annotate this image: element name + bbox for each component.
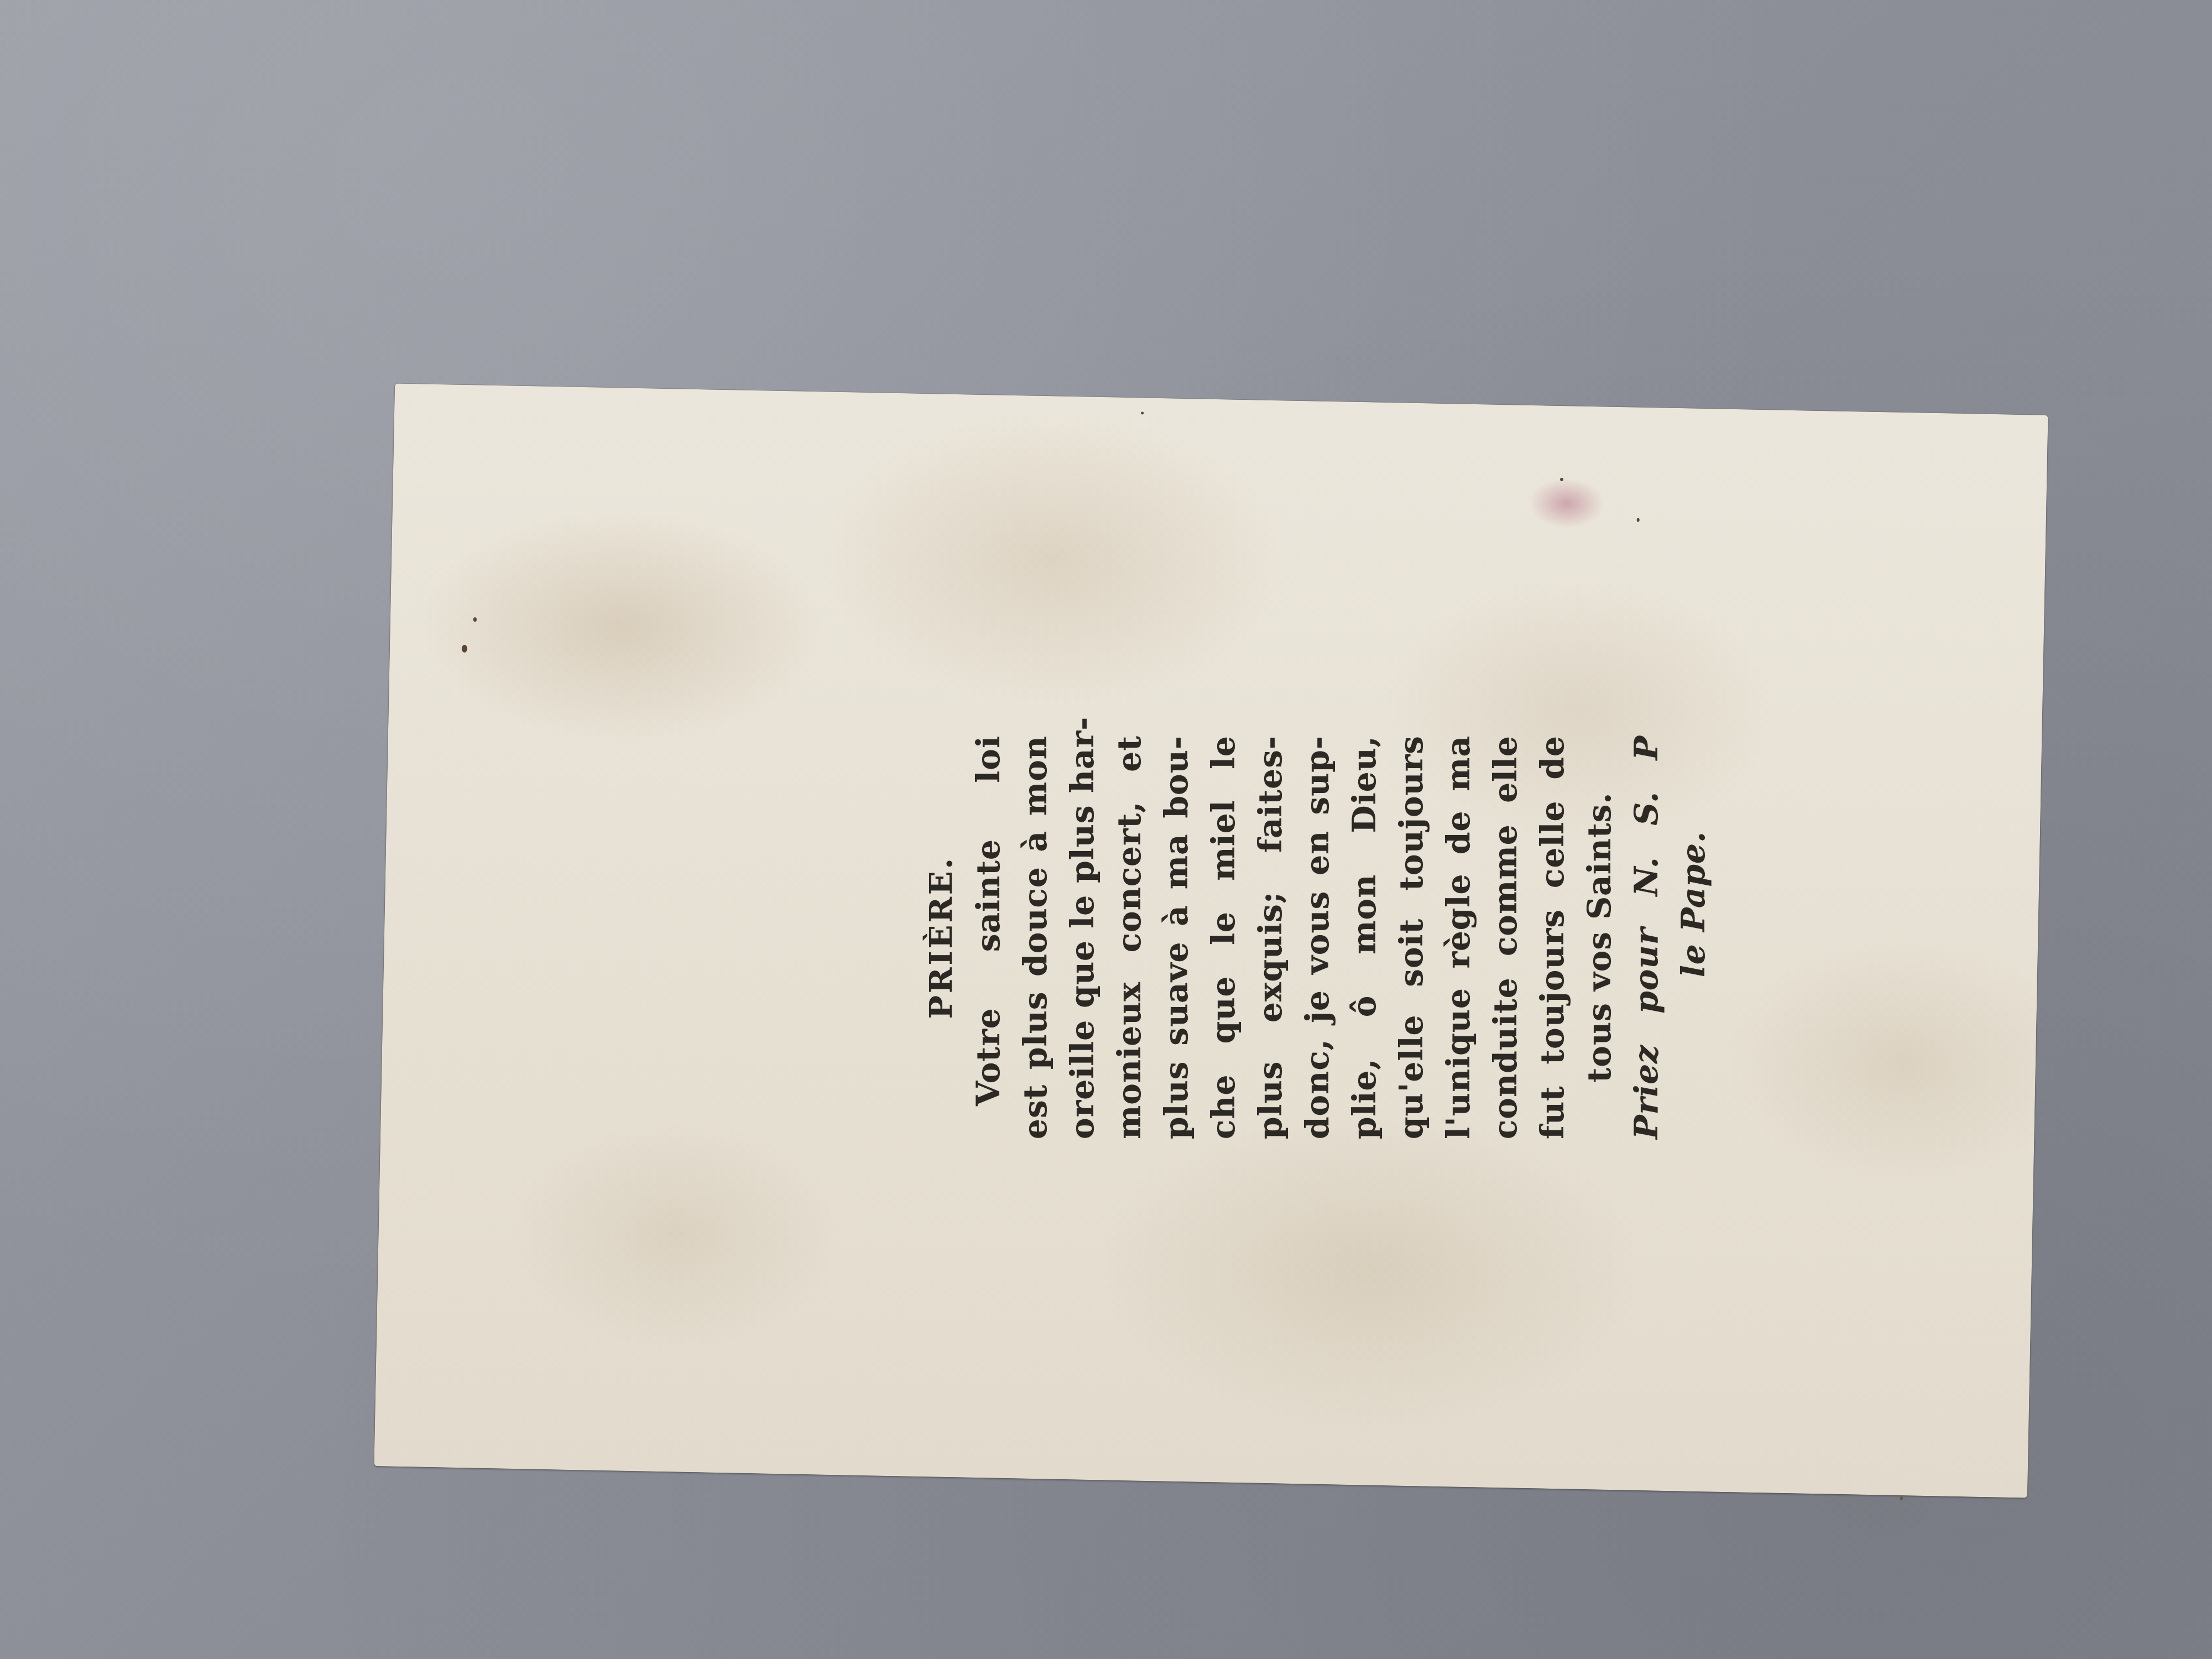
foxing-spot <box>1560 478 1563 481</box>
signature-line: le Pape. <box>1670 735 1717 1139</box>
prayer-line: conduite comme elle <box>1482 735 1529 1139</box>
prayer-line: donc, je vous en sup- <box>1294 735 1341 1139</box>
prayer-line: fut toujours celle de <box>1529 735 1576 1139</box>
foxing-spot <box>473 617 477 622</box>
prayer-line: oreille que le plus har- <box>1059 735 1106 1139</box>
prayer-line: plus exquis; faites- <box>1247 735 1294 1139</box>
foxing-spot <box>1900 1496 1903 1500</box>
prayer-line: est plus douce à mon <box>1012 735 1059 1139</box>
prayer-line: l'unique règle de ma <box>1435 735 1482 1139</box>
prayer-line: qu'elle soit toujours <box>1388 735 1435 1139</box>
prayer-line: che que le miel le <box>1200 735 1247 1139</box>
foxing-spot <box>1637 518 1640 522</box>
foxing-spot <box>462 645 467 653</box>
prayer-line: tous vos Saints. <box>1576 735 1623 1139</box>
foxing-spot <box>1141 411 1144 414</box>
prayer-title: PRIÈRE. <box>918 735 965 1139</box>
prayer-line: plie, ô mon Dieu, <box>1341 735 1388 1139</box>
prayer-line: plus suave à ma bou- <box>1153 735 1200 1139</box>
prayer-line: Votre sainte loi <box>965 735 1012 1139</box>
prayer-line: monieux concert, et <box>1106 735 1153 1139</box>
prayer-final: PRIÈRE. Votre sainte loi est plus douce … <box>918 735 1637 1139</box>
signature-line: Priez pour N. S. P <box>1623 735 1670 1139</box>
